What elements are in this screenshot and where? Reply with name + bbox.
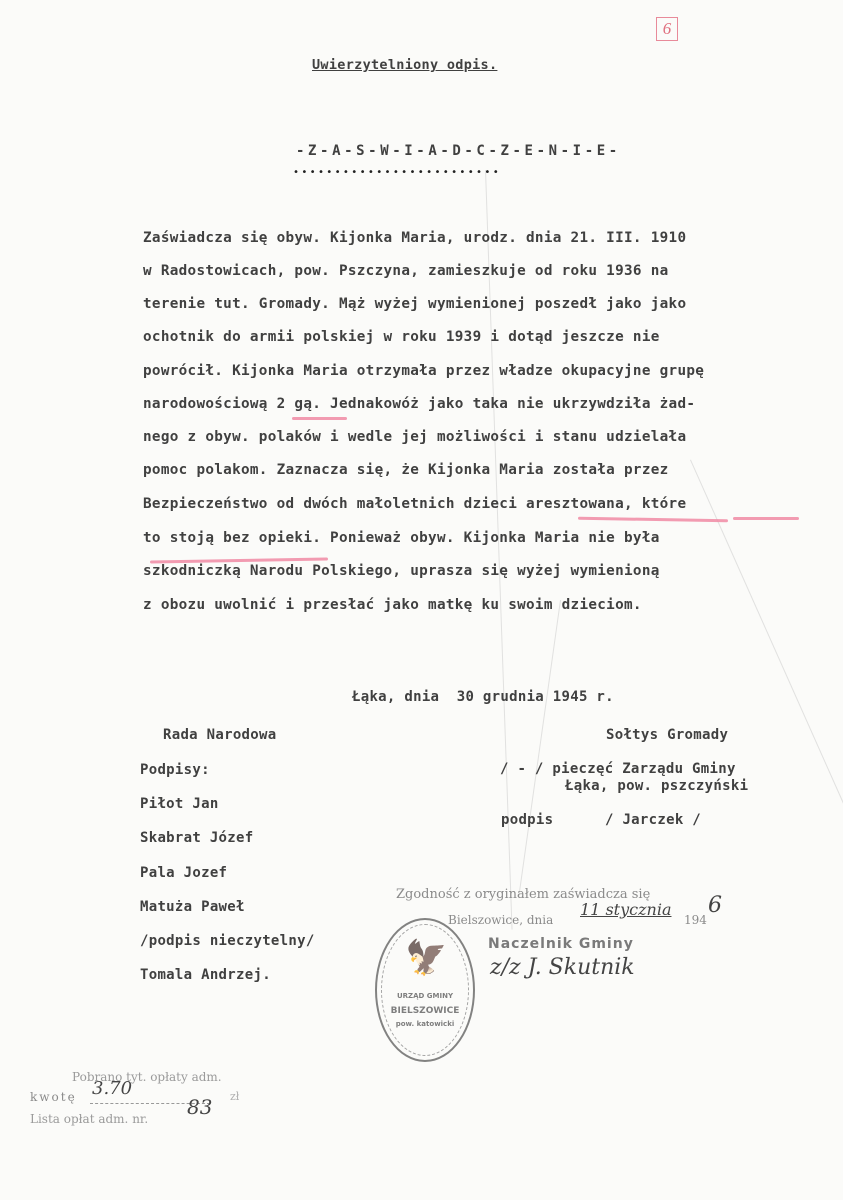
stamp-text: BIELSZOWICE <box>377 1006 473 1016</box>
highlight-underline <box>578 517 728 523</box>
body-line: terenie tut. Gromady. Mąż wyżej wymienio… <box>143 296 686 312</box>
body-line: z obozu uwolnić i przesłać jako matkę ku… <box>143 597 642 613</box>
council-name: /podpis nieczytelny/ <box>140 933 315 949</box>
eagle-emblem-icon: 🦅 <box>405 938 447 978</box>
signatures-label: Podpisy: <box>140 762 210 778</box>
handwritten-amount: 3.70 <box>92 1078 132 1099</box>
official-stamp: 🦅 URZĄD GMINY BIELSZOWICE pow. katowicki <box>375 918 475 1062</box>
fee-amount-label: kwotę <box>30 1090 77 1104</box>
council-name: Piłot Jan <box>140 796 219 812</box>
body-line: Zaświadcza się obyw. Kijonka Maria, urod… <box>143 230 686 246</box>
certified-copy-heading: Uwierzytelniony odpis. <box>312 57 497 73</box>
body-line: Bezpieczeństwo od dwóch małoletnich dzie… <box>143 496 686 512</box>
fee-list-label: Lista opłat adm. nr. <box>30 1112 148 1126</box>
handwritten-date: 11 stycznia <box>580 900 671 919</box>
handwritten-list-number: 83 <box>187 1095 212 1119</box>
paper-crease <box>518 600 561 897</box>
council-name: Tomala Andrzej. <box>140 967 271 983</box>
document-page: 6 Uwierzytelniony odpis. -Z-A-S-W-I-A-D-… <box>0 0 843 1200</box>
handwritten-signature: z/z J. Skutnik <box>490 955 635 980</box>
document-title: -Z-A-S-W-I-A-D-C-Z-E-N-I-E- <box>296 143 621 159</box>
seal-line: Łąka, pow. pszczyński <box>565 778 748 794</box>
stamp-text: URZĄD GMINY <box>377 992 473 1000</box>
stamp-text: pow. katowicki <box>377 1020 473 1028</box>
body-line: ochotnik do armii polskiej w roku 1939 i… <box>143 329 660 345</box>
village-head-title: Sołtys Gromady <box>606 727 728 743</box>
signature-label: podpis <box>501 812 553 828</box>
council-name: Skabrat Józef <box>140 830 253 846</box>
certification-place: Bielszowice, dnia <box>448 913 553 927</box>
signature-name: / Jarczek / <box>605 812 701 828</box>
body-line: w Radostowicach, pow. Pszczyna, zamieszk… <box>143 263 669 279</box>
year-prefix: 194 <box>684 913 707 927</box>
council-name: Matuża Paweł <box>140 899 245 915</box>
handwritten-year: 6 <box>708 893 722 918</box>
body-line: nego z obyw. polaków i wedle jej możliwo… <box>143 429 686 445</box>
body-line: narodowościową 2 gą. Jednakowóż jako tak… <box>143 396 695 412</box>
highlight-underline <box>292 417 347 420</box>
body-line: szkodniczką Narodu Polskiego, uprasza si… <box>143 563 660 579</box>
body-line: pomoc polakom. Zaznacza się, że Kijonka … <box>143 462 669 478</box>
office-title: Naczelnik Gminy <box>488 936 634 952</box>
page-number-stamp: 6 <box>656 17 678 41</box>
place-date: Łąka, dnia 30 grudnia 1945 r. <box>352 689 614 705</box>
council-name: Pala Jozef <box>140 865 227 881</box>
fee-currency: zł <box>230 1090 239 1103</box>
title-dotted-rule: ••••••••••••••••••••••••• <box>293 167 501 178</box>
body-line: powrócił. Kijonka Maria otrzymała przez … <box>143 363 704 379</box>
highlight-underline <box>733 517 799 520</box>
council-title: Rada Narodowa <box>163 727 276 743</box>
seal-line: / - / pieczęć Zarządu Gminy <box>500 761 736 777</box>
body-line: to stoją bez opieki. Ponieważ obyw. Kijo… <box>143 530 660 546</box>
